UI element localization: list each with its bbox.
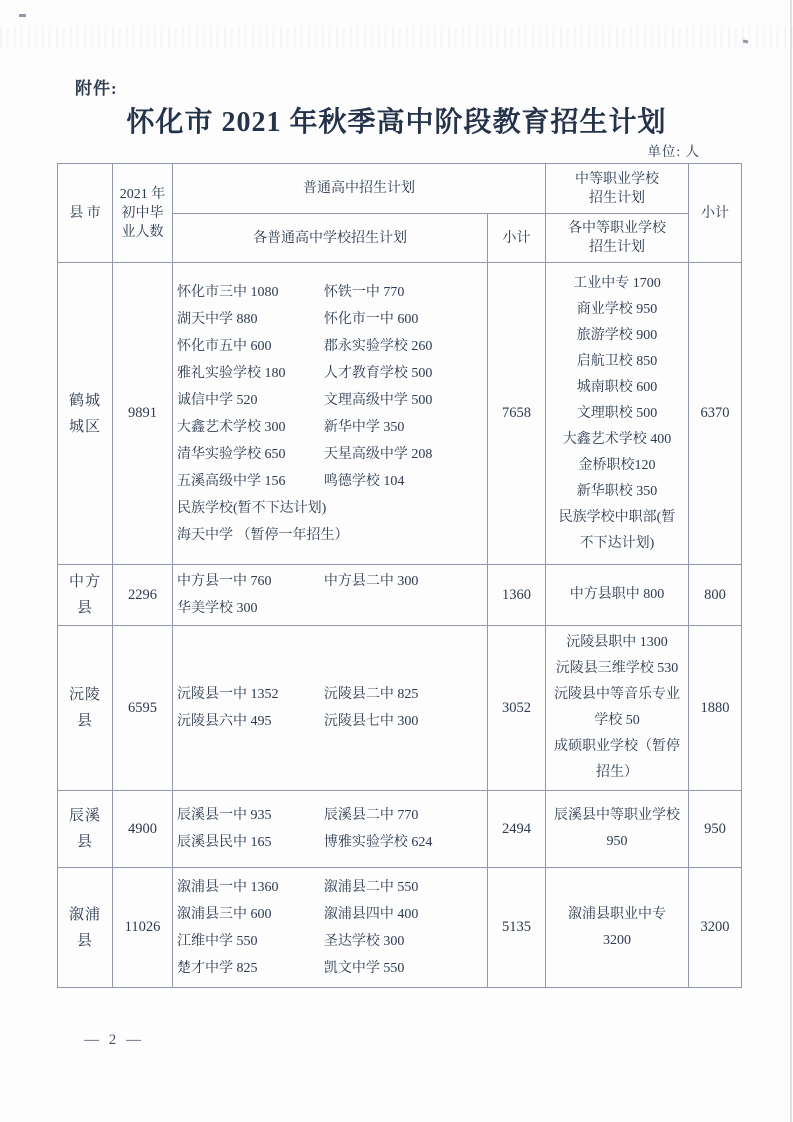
- scanned-document-page: 附件: 怀化市 2021 年秋季高中阶段教育招生计划 单位: 人 县 市 202…: [0, 0, 793, 1122]
- school-entry: 沅陵县六中 495: [177, 708, 324, 735]
- school-entry: 清华实验学校 650: [177, 441, 324, 468]
- school-entry: 海天中学 （暂停一年招生）: [177, 522, 349, 549]
- attachment-label: 附件:: [75, 74, 118, 99]
- school-entry-line: 辰溪县一中 935辰溪县二中 770: [177, 802, 483, 829]
- regular-subtotal-cell: 1360: [488, 565, 546, 626]
- scan-edge-line: [790, 0, 792, 1122]
- vocational-school-entry: 启航卫校 850: [550, 349, 684, 375]
- table-row: 辰溪县4900辰溪县一中 935辰溪县二中 770辰溪县民中 165博雅实验学校…: [58, 791, 742, 868]
- school-entry-line: 溆浦县三中 600溆浦县四中 400: [177, 901, 483, 928]
- school-entry: 江维中学 550: [177, 928, 324, 955]
- vocational-school-entry: 沅陵县职中 1300: [550, 630, 684, 656]
- vocational-subtotal-cell: 950: [689, 791, 742, 868]
- unit-note: 单位: 人: [647, 140, 700, 160]
- school-entry: 怀化市五中 600: [177, 333, 324, 360]
- vocational-school-entry: 金桥职校120: [550, 453, 684, 479]
- table-row: 溆浦县11026溆浦县一中 1360溆浦县二中 550溆浦县三中 600溆浦县四…: [58, 868, 742, 988]
- table-row: 中方县2296中方县一中 760中方县二中 300华美学校 3001360中方县…: [58, 565, 742, 626]
- vocational-school-entry: 沅陵县中等音乐专业 学校 50: [550, 682, 684, 734]
- regular-subtotal-cell: 2494: [488, 791, 546, 868]
- graduates-cell: 2296: [113, 565, 173, 626]
- school-entry: 中方县二中 300: [324, 568, 483, 595]
- school-entry: 溆浦县二中 550: [324, 874, 483, 901]
- regular-subtotal-cell: 5135: [488, 868, 546, 988]
- graduates-cell: 11026: [113, 868, 173, 988]
- header-row-1: 县 市 2021 年 初中毕 业人数 普通高中招生计划 中等职业学校 招生计划 …: [58, 164, 742, 214]
- regular-subtotal-cell: 3052: [488, 626, 546, 791]
- school-entry-line: 沅陵县一中 1352沅陵县二中 825: [177, 681, 483, 708]
- vocational-school-entry: 溆浦县职业中专 3200: [550, 902, 684, 954]
- school-entry-line: 清华实验学校 650天星高级中学 208: [177, 441, 483, 468]
- header-regular-subtotal: 小计: [488, 214, 546, 263]
- school-entry: 湖天中学 880: [177, 306, 324, 333]
- school-entry: 溆浦县四中 400: [324, 901, 483, 928]
- vocational-school-entry: 中方县职中 800: [550, 582, 684, 608]
- school-entry: 大鑫艺术学校 300: [177, 414, 324, 441]
- vocational-school-entry: 旅游学校 900: [550, 323, 684, 349]
- vocational-school-entry: 大鑫艺术学校 400: [550, 427, 684, 453]
- vocational-subtotal-cell: 3200: [689, 868, 742, 988]
- scan-artifact-mark: [19, 14, 26, 17]
- vocational-school-entry: 城南职校 600: [550, 375, 684, 401]
- county-cell: 中方县: [58, 565, 113, 626]
- regular-schools-cell: 辰溪县一中 935辰溪县二中 770辰溪县民中 165博雅实验学校 624: [173, 791, 488, 868]
- school-entry-line: 大鑫艺术学校 300新华中学 350: [177, 414, 483, 441]
- graduates-cell: 6595: [113, 626, 173, 791]
- vocational-schools-cell: 沅陵县职中 1300沅陵县三维学校 530沅陵县中等音乐专业 学校 50成硕职业…: [546, 626, 689, 791]
- scan-noise-band: [0, 26, 793, 48]
- header-county: 县 市: [58, 164, 113, 263]
- school-entry-line: 海天中学 （暂停一年招生）: [177, 522, 483, 549]
- vocational-subtotal-cell: 6370: [689, 263, 742, 565]
- school-entry: 鸣德学校 104: [324, 468, 483, 495]
- header-vocational-subtotal: 小计: [689, 164, 742, 263]
- header-graduates: 2021 年 初中毕 业人数: [113, 164, 173, 263]
- header-regular-schools: 各普通高中学校招生计划: [173, 214, 488, 263]
- header-regular-group: 普通高中招生计划: [173, 164, 546, 214]
- school-entry-line: 怀化市五中 600郡永实验学校 260: [177, 333, 483, 360]
- vocational-school-entry: 成硕职业学校（暂停 招生）: [550, 734, 684, 786]
- school-entry-line: 江维中学 550圣达学校 300: [177, 928, 483, 955]
- vocational-school-entry: 工业中专 1700: [550, 271, 684, 297]
- regular-schools-cell: 怀化市三中 1080怀铁一中 770湖天中学 880怀化市一中 600怀化市五中…: [173, 263, 488, 565]
- table-row: 沅陵县6595沅陵县一中 1352沅陵县二中 825沅陵县六中 495沅陵县七中…: [58, 626, 742, 791]
- county-cell: 鹤城 城区: [58, 263, 113, 565]
- school-entry: 怀化市三中 1080: [177, 279, 324, 306]
- vocational-schools-cell: 中方县职中 800: [546, 565, 689, 626]
- school-entry-line: 诚信中学 520文理高级中学 500: [177, 387, 483, 414]
- school-entry-line: 民族学校(暂不下达计划): [177, 495, 483, 522]
- county-cell: 溆浦县: [58, 868, 113, 988]
- vocational-school-entry: 民族学校中职部(暂 不下达计划): [550, 505, 684, 557]
- vocational-subtotal-cell: 800: [689, 565, 742, 626]
- school-entry: 怀化市一中 600: [324, 306, 483, 333]
- school-entry: 沅陵县七中 300: [324, 708, 483, 735]
- regular-schools-cell: 中方县一中 760中方县二中 300华美学校 300: [173, 565, 488, 626]
- school-entry: 五溪高级中学 156: [177, 468, 324, 495]
- graduates-cell: 4900: [113, 791, 173, 868]
- school-entry-line: 楚才中学 825凯文中学 550: [177, 955, 483, 982]
- school-entry-line: 辰溪县民中 165博雅实验学校 624: [177, 829, 483, 856]
- graduates-cell: 9891: [113, 263, 173, 565]
- regular-schools-cell: 溆浦县一中 1360溆浦县二中 550溆浦县三中 600溆浦县四中 400江维中…: [173, 868, 488, 988]
- vocational-school-entry: 文理职校 500: [550, 401, 684, 427]
- school-entry-line: 五溪高级中学 156鸣德学校 104: [177, 468, 483, 495]
- vocational-schools-cell: 溆浦县职业中专 3200: [546, 868, 689, 988]
- school-entry: 文理高级中学 500: [324, 387, 483, 414]
- vocational-school-entry: 商业学校 950: [550, 297, 684, 323]
- school-entry: 华美学校 300: [177, 595, 258, 622]
- vocational-subtotal-cell: 1880: [689, 626, 742, 791]
- school-entry: 辰溪县民中 165: [177, 829, 324, 856]
- school-entry: 凯文中学 550: [324, 955, 483, 982]
- header-vocational-schools: 各中等职业学校 招生计划: [546, 214, 689, 263]
- school-entry-line: 雅礼实验学校 180人才教育学校 500: [177, 360, 483, 387]
- school-entry: 怀铁一中 770: [324, 279, 483, 306]
- regular-subtotal-cell: 7658: [488, 263, 546, 565]
- vocational-schools-cell: 辰溪县中等职业学校 950: [546, 791, 689, 868]
- school-entry: 溆浦县一中 1360: [177, 874, 324, 901]
- school-entry-line: 怀化市三中 1080怀铁一中 770: [177, 279, 483, 306]
- county-cell: 辰溪县: [58, 791, 113, 868]
- page-title: 怀化市 2021 年秋季高中阶段教育招生计划: [0, 100, 793, 140]
- school-entry: 沅陵县二中 825: [324, 681, 483, 708]
- school-entry: 圣达学校 300: [324, 928, 483, 955]
- school-entry-line: 湖天中学 880怀化市一中 600: [177, 306, 483, 333]
- school-entry: 溆浦县三中 600: [177, 901, 324, 928]
- regular-schools-cell: 沅陵县一中 1352沅陵县二中 825沅陵县六中 495沅陵县七中 300: [173, 626, 488, 791]
- school-entry: 沅陵县一中 1352: [177, 681, 324, 708]
- school-entry: 诚信中学 520: [177, 387, 324, 414]
- school-entry: 辰溪县一中 935: [177, 802, 324, 829]
- vocational-school-entry: 新华职校 350: [550, 479, 684, 505]
- school-entry-line: 沅陵县六中 495沅陵县七中 300: [177, 708, 483, 735]
- school-entry: 天星高级中学 208: [324, 441, 483, 468]
- table-row: 鹤城 城区9891怀化市三中 1080怀铁一中 770湖天中学 880怀化市一中…: [58, 263, 742, 565]
- school-entry: 博雅实验学校 624: [324, 829, 483, 856]
- vocational-school-entry: 沅陵县三维学校 530: [550, 656, 684, 682]
- page-number: — 2 —: [84, 1032, 144, 1049]
- school-entry: 雅礼实验学校 180: [177, 360, 324, 387]
- school-entry-line: 中方县一中 760中方县二中 300: [177, 568, 483, 595]
- county-cell: 沅陵县: [58, 626, 113, 791]
- school-entry: 中方县一中 760: [177, 568, 324, 595]
- enrollment-plan-table: 县 市 2021 年 初中毕 业人数 普通高中招生计划 中等职业学校 招生计划 …: [57, 163, 742, 988]
- school-entry: 新华中学 350: [324, 414, 483, 441]
- vocational-school-entry: 辰溪县中等职业学校 950: [550, 803, 684, 855]
- school-entry-line: 华美学校 300: [177, 595, 483, 622]
- vocational-schools-cell: 工业中专 1700商业学校 950旅游学校 900启航卫校 850城南职校 60…: [546, 263, 689, 565]
- header-vocational-group: 中等职业学校 招生计划: [546, 164, 689, 214]
- school-entry: 楚才中学 825: [177, 955, 324, 982]
- school-entry: 郡永实验学校 260: [324, 333, 483, 360]
- school-entry: 辰溪县二中 770: [324, 802, 483, 829]
- school-entry: 民族学校(暂不下达计划): [177, 495, 326, 522]
- school-entry: 人才教育学校 500: [324, 360, 483, 387]
- school-entry-line: 溆浦县一中 1360溆浦县二中 550: [177, 874, 483, 901]
